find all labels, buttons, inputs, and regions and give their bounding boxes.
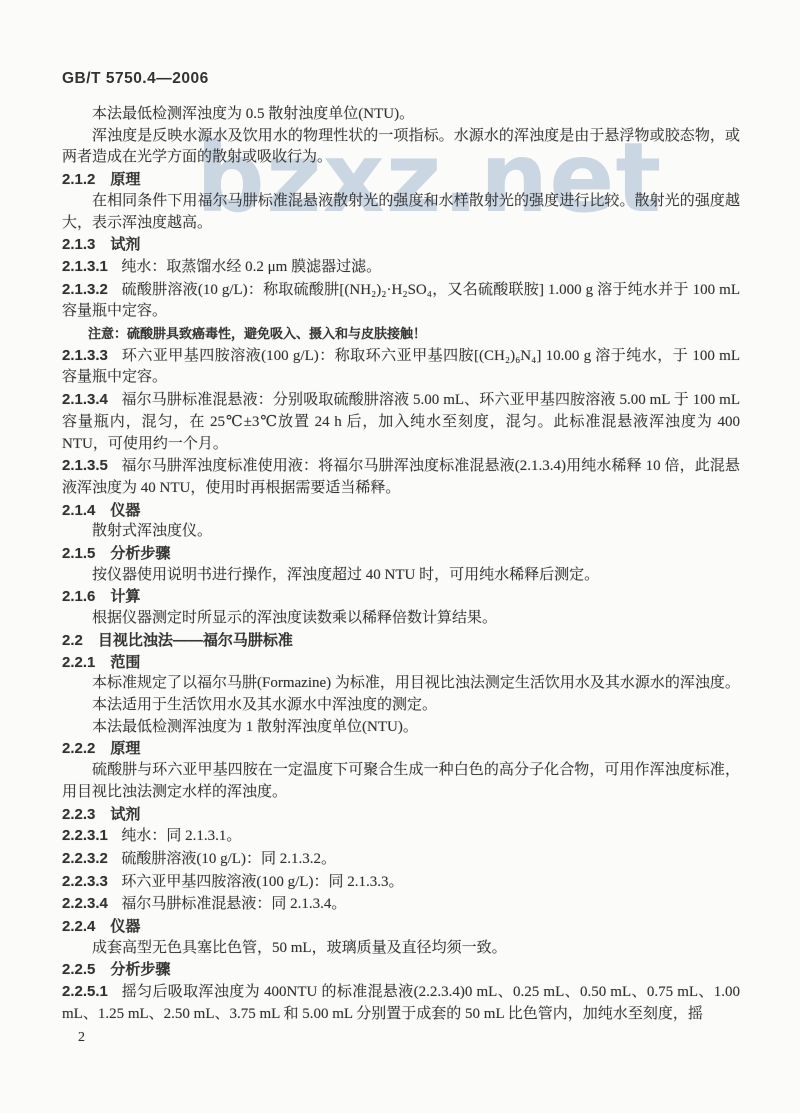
clause-2-2-3-4: 2.2.3.4福尔马肼标准混悬液：同 2.1.3.4。 <box>62 893 740 916</box>
heading-2-2-1: 2.2.1范围 <box>62 652 740 674</box>
clause-text: 环六亚甲基四胺溶液(100 g/L)：称取环六亚甲基四胺[(CH₂)₆N₄] 1… <box>62 348 740 386</box>
heading-number: 2.1.3 <box>62 236 95 253</box>
heading-title: 目视比浊法——福尔马肼标准 <box>98 632 293 649</box>
clause-number: 2.2.5.1 <box>62 983 108 1000</box>
clause-text: 环六亚甲基四胺溶液(100 g/L)：同 2.1.3.3。 <box>121 874 403 890</box>
clause-2-2-3-3: 2.2.3.3环六亚甲基四胺溶液(100 g/L)：同 2.1.3.3。 <box>62 871 740 894</box>
clause-text: 硫酸肼溶液(10 g/L)：同 2.1.3.2。 <box>121 851 336 867</box>
clause-text: 硫酸肼溶液(10 g/L)：称取硫酸肼[(NH₂)₂·H₂SO₄，又名硫酸联胺]… <box>62 282 740 320</box>
heading-2-1-5: 2.1.5分析步骤 <box>62 543 740 565</box>
page-number: 2 <box>62 1030 740 1046</box>
paragraph-3: 在相同条件下用福尔马肼标准混悬液散射光的强度和水样散射光的强度进行比较。散射光的… <box>62 191 740 234</box>
heading-title: 仪器 <box>110 918 140 935</box>
paragraph-16: 根据仪器测定时所显示的浑浊度读数乘以稀释倍数计算结果。 <box>62 608 740 630</box>
paragraph-30: 成套高型无色具塞比色管，50 mL，玻璃质量及直径均须一致。 <box>62 938 740 960</box>
heading-number: 2.2.1 <box>62 654 95 671</box>
paragraph-19: 本标准规定了以福尔马肼(Formazine) 为标准，用目视比浊法测定生活饮用水… <box>62 673 740 695</box>
clause-number: 2.2.3.2 <box>62 850 108 867</box>
clause-2-1-3-3: 2.1.3.3环六亚甲基四胺溶液(100 g/L)：称取环六亚甲基四胺[(CH₂… <box>62 345 740 389</box>
clause-number: 2.1.3.1 <box>62 258 108 275</box>
clause-text: 摇匀后吸取浑浊度为 400NTU 的标准混悬液(2.2.3.4)0 mL、0.2… <box>62 984 740 1022</box>
paragraph-14: 按仪器使用说明书进行操作，浑浊度超过 40 NTU 时，可用纯水稀释后测定。 <box>62 565 740 587</box>
scanned-standard-page: { "page": { "header": "GB/T 5750.4—2006"… <box>0 0 800 1113</box>
clause-number: 2.1.3.3 <box>62 347 108 364</box>
heading-2-2: 2.2目视比浊法——福尔马肼标准 <box>62 630 740 652</box>
paragraph-23: 硫酸肼与环六亚甲基四胺在一定温度下可聚合生成一种白色的高分子化合物，可用作浑浊度… <box>62 760 740 803</box>
heading-title: 分析步骤 <box>110 545 170 562</box>
heading-2-1-2: 2.1.2原理 <box>62 169 740 191</box>
heading-title: 试剂 <box>110 806 140 823</box>
heading-number: 2.2.5 <box>62 961 95 978</box>
clause-number: 2.2.3.3 <box>62 873 108 890</box>
heading-number: 2.2.4 <box>62 918 95 935</box>
document-body: 本法最低检测浑浊度为 0.5 散射浊度单位(NTU)。浑浊度是反映水源水及饮用水… <box>62 104 740 1026</box>
clause-number: 2.1.3.2 <box>62 281 108 298</box>
heading-2-2-4: 2.2.4仪器 <box>62 916 740 938</box>
clause-text: 福尔马肼浑浊度标准使用液：将福尔马肼浑浊度标准混悬液(2.1.3.4)用纯水稀释… <box>62 458 740 496</box>
clause-2-2-3-1: 2.2.3.1纯水：同 2.1.3.1。 <box>62 825 740 848</box>
paragraph-12: 散射式浑浊度仪。 <box>62 521 740 543</box>
heading-title: 原理 <box>110 171 140 188</box>
heading-2-2-3: 2.2.3试剂 <box>62 804 740 826</box>
clause-2-1-3-4: 2.1.3.4福尔马肼标准混悬液：分别吸取硫酸肼溶液 5.00 mL、环六亚甲基… <box>62 389 740 455</box>
heading-number: 2.1.4 <box>62 502 95 519</box>
clause-text: 福尔马肼标准混悬液：同 2.1.3.4。 <box>121 896 346 912</box>
warning-note: 注意：硫酸肼具致癌毒性，避免吸入、摄入和与皮肤接触！ <box>62 323 740 345</box>
heading-2-1-6: 2.1.6计算 <box>62 586 740 608</box>
heading-number: 2.1.6 <box>62 588 95 605</box>
clause-number: 2.1.3.4 <box>62 391 108 408</box>
clause-number: 2.2.3.1 <box>62 827 108 844</box>
heading-number: 2.1.5 <box>62 545 95 562</box>
heading-number: 2.2 <box>62 632 83 649</box>
paragraph-21: 本法最低检测浑浊度为 1 散射浑浊度单位(NTU)。 <box>62 717 740 739</box>
clause-2-1-3-5: 2.1.3.5福尔马肼浑浊度标准使用液：将福尔马肼浑浊度标准混悬液(2.1.3.… <box>62 455 740 499</box>
heading-2-2-2: 2.2.2原理 <box>62 738 740 760</box>
heading-number: 2.2.2 <box>62 740 95 757</box>
heading-title: 仪器 <box>110 502 140 519</box>
heading-2-1-3: 2.1.3试剂 <box>62 234 740 256</box>
heading-title: 范围 <box>110 654 140 671</box>
heading-2-2-5: 2.2.5分析步骤 <box>62 959 740 981</box>
clause-number: 2.1.3.5 <box>62 457 108 474</box>
paragraph-0: 本法最低检测浑浊度为 0.5 散射浊度单位(NTU)。 <box>62 104 740 126</box>
clause-text: 纯水：同 2.1.3.1。 <box>121 828 241 844</box>
clause-text: 福尔马肼标准混悬液：分别吸取硫酸肼溶液 5.00 mL、环六亚甲基四胺溶液 5.… <box>62 392 740 451</box>
standard-number-header: GB/T 5750.4—2006 <box>62 70 740 88</box>
heading-title: 原理 <box>110 740 140 757</box>
clause-2-2-5-1: 2.2.5.1摇匀后吸取浑浊度为 400NTU 的标准混悬液(2.2.3.4)0… <box>62 981 740 1025</box>
clause-2-1-3-2: 2.1.3.2硫酸肼溶液(10 g/L)：称取硫酸肼[(NH₂)₂·H₂SO₄，… <box>62 279 740 323</box>
heading-title: 分析步骤 <box>110 961 170 978</box>
clause-number: 2.2.3.4 <box>62 895 108 912</box>
clause-text: 纯水：取蒸馏水经 0.2 μm 膜滤器过滤。 <box>121 259 381 275</box>
heading-title: 计算 <box>110 588 140 605</box>
paragraph-1: 浑浊度是反映水源水及饮用水的物理性状的一项指标。水源水的浑浊度是由于悬浮物或胶态… <box>62 126 740 169</box>
clause-2-1-3-1: 2.1.3.1纯水：取蒸馏水经 0.2 μm 膜滤器过滤。 <box>62 256 740 279</box>
document-page: GB/T 5750.4—2006 本法最低检测浑浊度为 0.5 散射浊度单位(N… <box>0 0 800 1046</box>
heading-number: 2.2.3 <box>62 806 95 823</box>
heading-title: 试剂 <box>110 236 140 253</box>
heading-number: 2.1.2 <box>62 171 95 188</box>
clause-2-2-3-2: 2.2.3.2硫酸肼溶液(10 g/L)：同 2.1.3.2。 <box>62 848 740 871</box>
paragraph-20: 本法适用于生活饮用水及其水源水中浑浊度的测定。 <box>62 695 740 717</box>
heading-2-1-4: 2.1.4仪器 <box>62 500 740 522</box>
